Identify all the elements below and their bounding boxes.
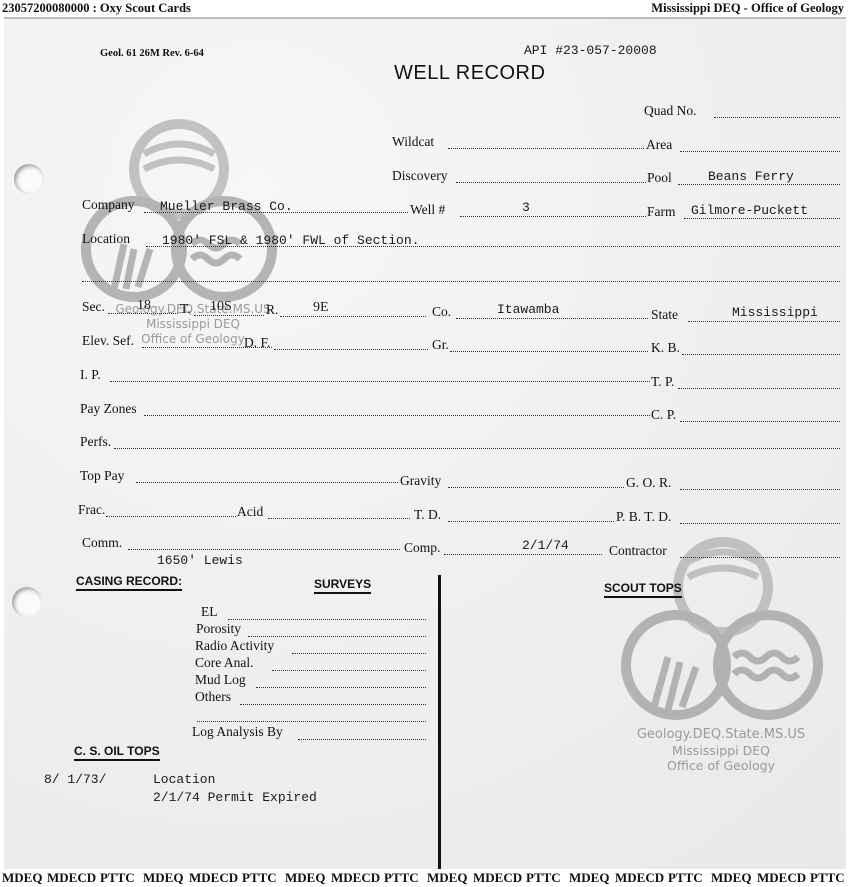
- footer-item: MDEQ: [569, 870, 609, 886]
- farm-value: Gilmore-Puckett: [691, 203, 808, 218]
- comm-label: Comm.: [82, 535, 122, 551]
- survey-radio-activity-field: [292, 653, 426, 654]
- df-label: D. F.: [244, 335, 270, 351]
- watermark-line2: Mississippi DEQ: [616, 743, 826, 758]
- location-field-line2: [82, 281, 840, 282]
- frac-label: Frac.: [78, 502, 105, 518]
- quad-no-label: Quad No.: [644, 103, 697, 119]
- footer-item: PTTC: [100, 870, 135, 886]
- kb-field: [682, 354, 840, 355]
- page-header: 23057200080000 : Oxy Scout Cards Mississ…: [0, 0, 850, 17]
- column-divider: [438, 575, 441, 872]
- note-line1: Location: [153, 772, 215, 787]
- location-value: 1980' FSL & 1980' FWL of Section.: [162, 233, 419, 248]
- r-value: 9E: [313, 300, 329, 316]
- t-value: 10S: [210, 299, 232, 315]
- scout-tops-heading: SCOUT TOPS: [604, 581, 682, 598]
- footer-item: MDECD: [189, 870, 238, 886]
- acid-label: Acid: [237, 504, 263, 520]
- punch-hole: [14, 164, 44, 194]
- perfs-field: [114, 448, 840, 449]
- survey-porosity-field: [248, 636, 426, 637]
- comp-label: Comp.: [404, 540, 440, 556]
- surveys-heading: SURVEYS: [314, 577, 371, 594]
- county-field: [456, 318, 648, 319]
- contractor-label: Contractor: [609, 543, 667, 559]
- sec-value: 18: [137, 298, 151, 314]
- footer-item: PTTC: [526, 870, 561, 886]
- well-no-value: 3: [522, 200, 530, 215]
- footer-item: MDECD: [473, 870, 522, 886]
- t-field: [194, 315, 264, 316]
- wildcat-label: Wildcat: [392, 134, 434, 150]
- company-label: Company: [82, 197, 135, 213]
- td-field: [448, 521, 614, 522]
- footer-item: MDECD: [757, 870, 806, 886]
- cs-oil-tops-heading: C. S. OIL TOPS: [74, 744, 160, 761]
- footer-item: PTTC: [668, 870, 703, 886]
- footer-item: PTTC: [242, 870, 277, 886]
- gor-label: G. O. R.: [626, 475, 671, 491]
- tp-label: T. P.: [651, 374, 674, 390]
- casing-record-heading: CASING RECORD:: [76, 574, 182, 591]
- agency-title: Mississippi DEQ - Office of Geology: [651, 1, 844, 16]
- footer-item: MDECD: [615, 870, 664, 886]
- comm-value: 1650' Lewis: [157, 553, 243, 568]
- form-number: Geol. 61 26M Rev. 6-64: [100, 48, 204, 59]
- county-value: Itawamba: [497, 302, 559, 317]
- survey-porosity-label: Porosity: [196, 621, 241, 637]
- survey-el-label: EL: [201, 604, 218, 620]
- area-label: Area: [646, 137, 672, 153]
- state-value: Mississippi: [732, 305, 818, 320]
- farm-field: [684, 218, 840, 219]
- location-label: Location: [82, 231, 130, 247]
- cp-field: [680, 421, 840, 422]
- state-label: State: [651, 307, 678, 323]
- note-line2: 2/1/74 Permit Expired: [153, 790, 317, 805]
- survey-mud-log-field: [256, 687, 426, 688]
- df-field: [274, 349, 428, 350]
- footer-item: MDEQ: [143, 870, 183, 886]
- watermark-line2: Mississippi DEQ: [88, 317, 298, 331]
- pay-zones-label: Pay Zones: [80, 401, 137, 417]
- frac-field: [106, 516, 236, 517]
- elev-label: Elev. Sef.: [82, 333, 134, 349]
- wildcat-field: [448, 148, 644, 149]
- state-field: [688, 321, 840, 322]
- pbtd-label: P. B. T. D.: [616, 509, 671, 525]
- footer-item: MDECD: [331, 870, 380, 886]
- mdeq-logo-watermark-icon: [74, 109, 284, 319]
- page-title: WELL RECORD: [394, 62, 545, 85]
- top-pay-label: Top Pay: [80, 468, 124, 484]
- api-number: API #23-057-20008: [524, 43, 657, 58]
- pbtd-field: [680, 523, 840, 524]
- ip-field: [110, 381, 650, 382]
- comp-value: 2/1/74: [522, 538, 569, 553]
- survey-core-anal-field: [272, 670, 426, 671]
- kb-label: K. B.: [651, 340, 680, 356]
- punch-hole: [12, 587, 42, 617]
- cp-label: C. P.: [651, 407, 676, 423]
- survey-others-label: Others: [195, 689, 231, 705]
- ip-label: I. P.: [80, 367, 101, 383]
- footer-item: PTTC: [810, 870, 845, 886]
- well-no-label: Well #: [410, 202, 445, 218]
- pool-label: Pool: [647, 170, 672, 186]
- record-id-title: 23057200080000 : Oxy Scout Cards: [2, 1, 191, 16]
- perfs-label: Perfs.: [80, 434, 111, 450]
- footer-item: MDEQ: [427, 870, 467, 886]
- well-no-field: [460, 216, 646, 217]
- footer-item: PTTC: [384, 870, 419, 886]
- t-label: T.: [180, 301, 191, 317]
- footer-item: MDEQ: [285, 870, 325, 886]
- survey-others-field: [240, 704, 426, 705]
- area-field: [680, 151, 840, 152]
- farm-label: Farm: [647, 204, 676, 220]
- pay-zones-field: [144, 415, 650, 416]
- survey-core-anal-label: Core Anal.: [195, 655, 254, 671]
- company-value: Mueller Brass Co.: [160, 199, 293, 214]
- county-label: Co.: [432, 304, 451, 320]
- mdeq-logo-watermark-icon: [616, 532, 826, 732]
- survey-mud-log-label: Mud Log: [195, 672, 246, 688]
- well-record-card: Geology.DEQ.State.MS.US Mississippi DEQ …: [4, 17, 846, 872]
- sec-label: Sec.: [82, 299, 105, 315]
- survey-radio-activity-label: Radio Activity: [195, 638, 274, 654]
- footer-item: MDEQ: [711, 870, 751, 886]
- r-label: R.: [266, 302, 278, 318]
- pool-value: Beans Ferry: [708, 169, 794, 184]
- r-field: [280, 316, 426, 317]
- log-analysis-by-label: Log Analysis By: [192, 724, 283, 740]
- discovery-field: [456, 182, 646, 183]
- watermark-url: Geology.DEQ.State.MS.US: [616, 727, 826, 742]
- tp-field: [678, 388, 840, 389]
- contractor-field: [680, 557, 840, 558]
- pool-field: [678, 184, 840, 185]
- gravity-field: [448, 487, 624, 488]
- td-label: T. D.: [414, 507, 441, 523]
- gor-field: [680, 489, 840, 490]
- footer-item: MDEQ: [2, 870, 42, 886]
- survey-el-field: [228, 619, 426, 620]
- gr-label: Gr.: [432, 337, 449, 353]
- discovery-label: Discovery: [392, 168, 447, 184]
- top-pay-field: [136, 482, 398, 483]
- log-analysis-by-field: [298, 739, 426, 740]
- survey-extra-field: [197, 721, 426, 722]
- comm-field: [128, 549, 400, 550]
- gr-field: [450, 351, 648, 352]
- note-date: 8/ 1/73/: [44, 772, 106, 787]
- acid-field: [268, 518, 410, 519]
- quad-no-field: [714, 117, 840, 118]
- footer-item: MDECD: [47, 870, 96, 886]
- gravity-label: Gravity: [400, 473, 441, 489]
- page-footer: MDEQ MDECD PTTC MDEQ MDECD PTTC MDEQ MDE…: [0, 869, 850, 887]
- watermark-line3: Office of Geology: [616, 758, 826, 773]
- comp-field: [444, 554, 602, 555]
